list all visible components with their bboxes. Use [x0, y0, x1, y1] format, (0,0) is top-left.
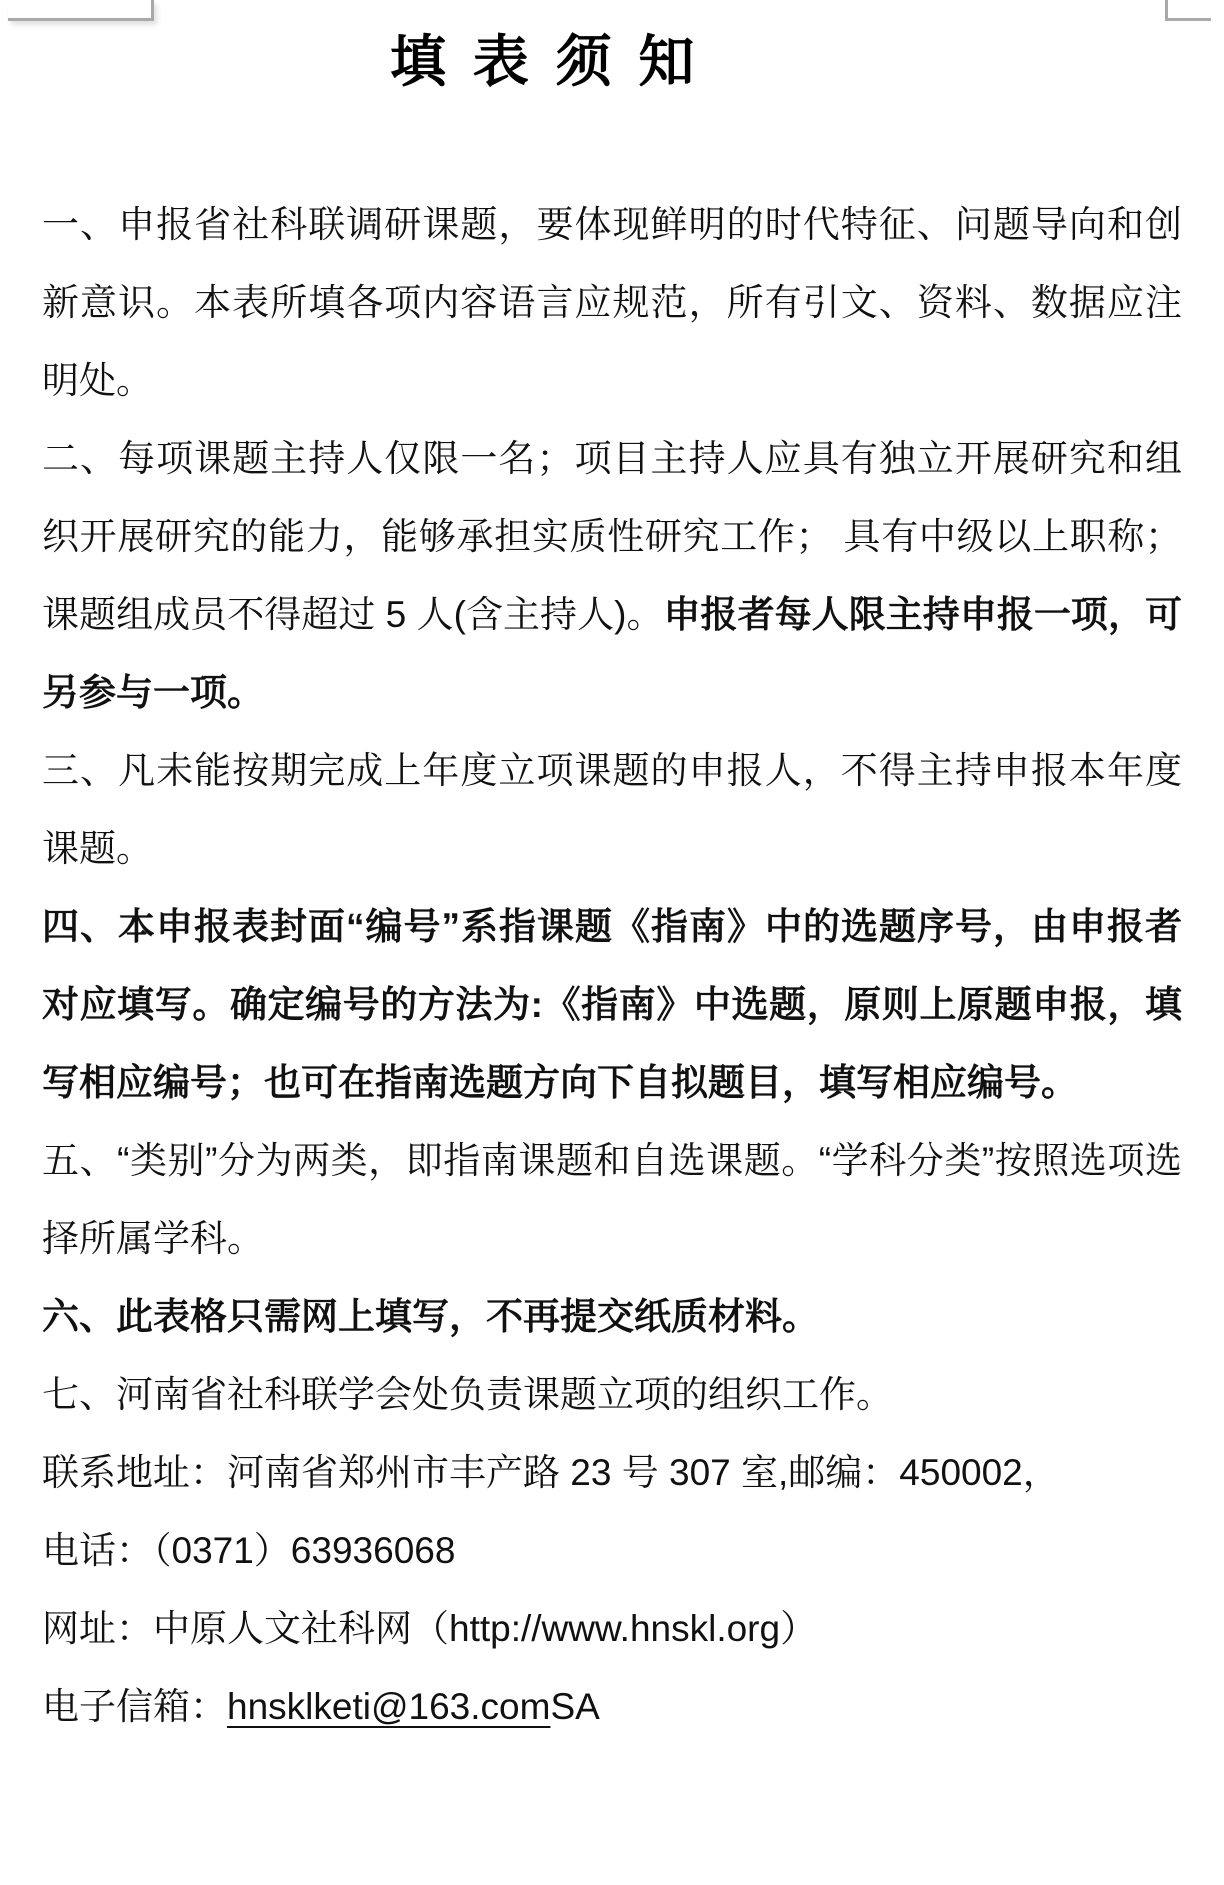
page-title: 填 表 须 知 [0, 18, 1090, 98]
notice-item-1: 一、申报省社科联调研课题，要体现鲜明的时代特征、问题导向和创新意识。本表所填各项… [42, 186, 1182, 420]
page-corner-artifact-right [1165, 0, 1211, 21]
notice-page: 填 表 须 知 一、申报省社科联调研课题，要体现鲜明的时代特征、问题导向和创新意… [0, 0, 1224, 1885]
notice-item-7: 七、河南省社科联学会处负责课题立项的组织工作。 [42, 1356, 1182, 1434]
notice-item-2: 二、每项课题主持人仅限一名；项目主持人应具有独立开展研究和组织开展研究的能力，能… [42, 420, 1182, 732]
contact-email-suffix: SA [550, 1686, 599, 1727]
notice-item-3-text: 三、凡未能按期完成上年度立项课题的申报人，不得主持申报本年度课题。 [42, 750, 1182, 869]
notice-item-3: 三、凡未能按期完成上年度立项课题的申报人，不得主持申报本年度课题。 [42, 732, 1182, 888]
contact-address-label: 联系地址： [42, 1452, 227, 1493]
contact-email-address: hnsklketi@163.com [227, 1686, 550, 1727]
contact-phone-value: （0371）63936068 [153, 1530, 455, 1571]
contact-email-line: 电子信箱：hnsklketi@163.comSA [42, 1668, 1182, 1746]
notice-item-7-text: 七、河南省社科联学会处负责课题立项的组织工作。 [42, 1374, 893, 1415]
notice-item-5-text: 五、“类别”分为两类，即指南课题和自选课题。“学科分类”按照选项选择所属学科。 [42, 1140, 1182, 1259]
notice-item-1-text: 一、申报省社科联调研课题，要体现鲜明的时代特征、问题导向和创新意识。本表所填各项… [42, 204, 1182, 401]
notice-item-5: 五、“类别”分为两类，即指南课题和自选课题。“学科分类”按照选项选择所属学科。 [42, 1122, 1182, 1278]
notice-body: 一、申报省社科联调研课题，要体现鲜明的时代特征、问题导向和创新意识。本表所填各项… [42, 186, 1182, 1746]
contact-phone-label: 电话： [42, 1530, 153, 1571]
contact-address-value: 河南省郑州市丰产路 23 号 307 室,邮编：450002， [227, 1452, 1060, 1493]
contact-website-label: 网址： [42, 1608, 153, 1649]
contact-email-label: 电子信箱： [42, 1686, 227, 1727]
notice-item-6: 六、此表格只需网上填写，不再提交纸质材料。 [42, 1278, 1182, 1356]
contact-address-line: 联系地址：河南省郑州市丰产路 23 号 307 室,邮编：450002， [42, 1434, 1182, 1512]
contact-phone-line: 电话：（0371）63936068 [42, 1512, 1182, 1590]
notice-item-4: 四、本申报表封面“编号”系指课题《指南》中的选题序号，由申报者对应填写。确定编号… [42, 888, 1182, 1122]
contact-website-line: 网址：中原人文社科网（http://www.hnskl.org） [42, 1590, 1182, 1668]
contact-website-value: 中原人文社科网（http://www.hnskl.org） [153, 1608, 817, 1649]
notice-item-4-text: 四、本申报表封面“编号”系指课题《指南》中的选题序号，由申报者对应填写。确定编号… [42, 906, 1182, 1103]
notice-item-6-text: 六、此表格只需网上填写，不再提交纸质材料。 [42, 1296, 819, 1337]
